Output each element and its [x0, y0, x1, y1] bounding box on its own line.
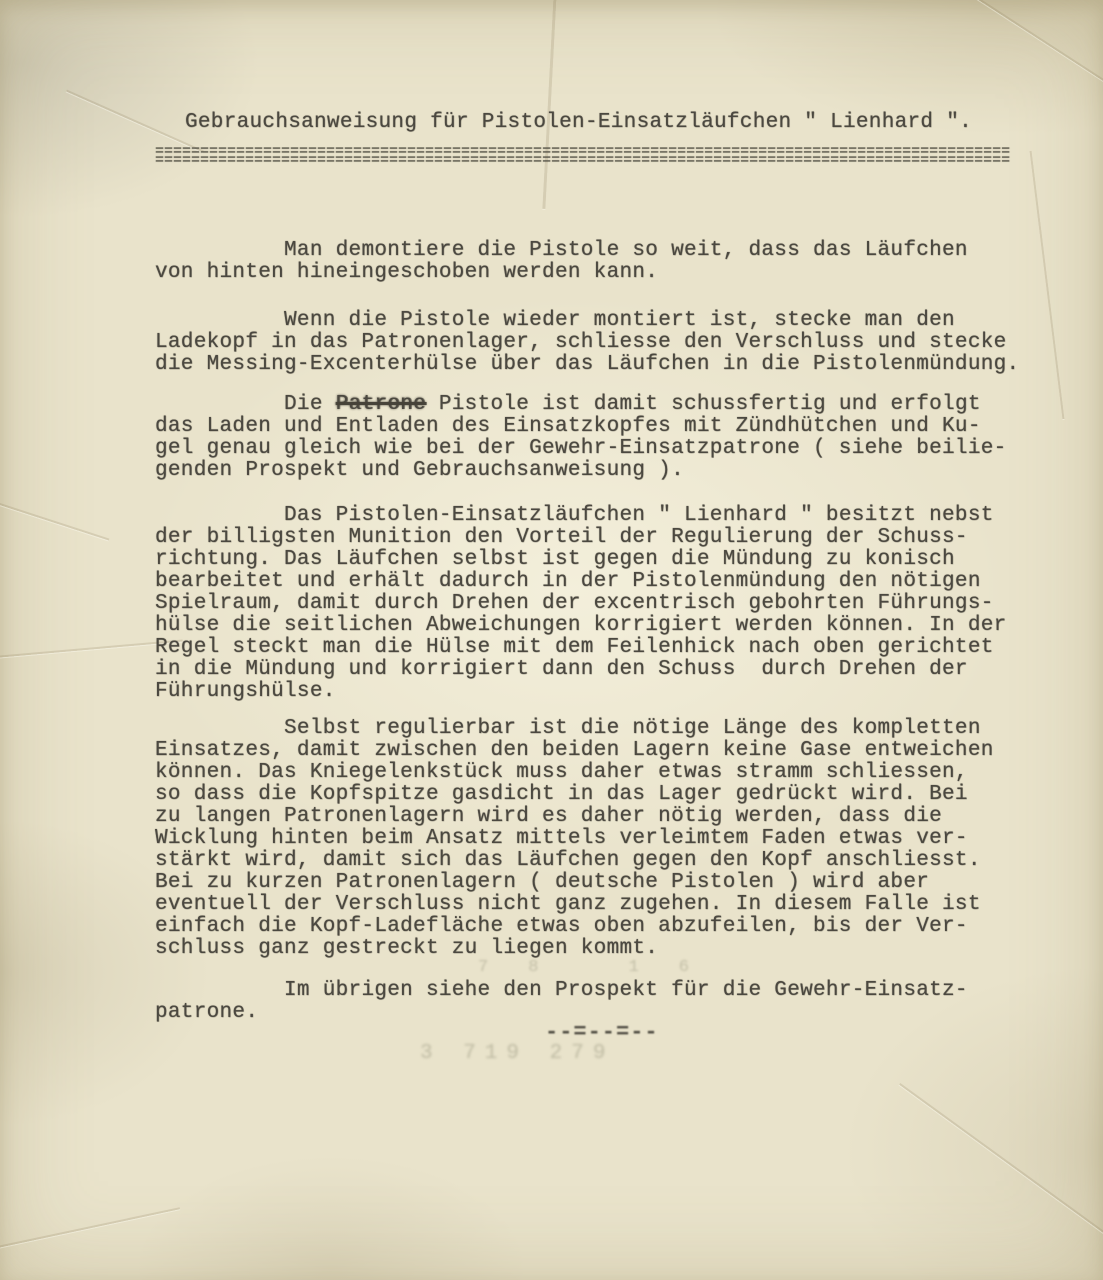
page-title: Gebrauchsanweisung für Pistolen-Einsatzl…	[185, 112, 1075, 134]
instruction-paragraph-4: Das Pistolen-Einsatzläufchen " Lienhard …	[155, 505, 1065, 703]
title-underline-rule: ========================================…	[155, 147, 1043, 169]
instruction-paragraph-5: Selbst regulierbar ist die nötige Länge …	[155, 718, 1065, 960]
paper-crease	[0, 1207, 180, 1251]
document-sheet: Gebrauchsanweisung für Pistolen-Einsatzl…	[0, 0, 1103, 1280]
instruction-paragraph-2: Wenn die Pistole wieder montiert ist, st…	[155, 310, 1065, 376]
bleed-through-marks: 78 16	[478, 958, 729, 977]
paragraph-3-prefix: Die	[155, 393, 336, 416]
paper-crease	[0, 502, 109, 541]
title-underline-row: ========================================…	[155, 156, 1043, 165]
ghost-number-imprint: 3 719 279	[420, 1042, 614, 1065]
paper-crease	[924, 0, 1103, 95]
paper-crease	[542, 0, 556, 209]
instruction-paragraph-1: Man demontiere die Pistole so weit, dass…	[155, 240, 1065, 284]
instruction-paragraph-6: Im übrigen siehe den Prospekt für die Ge…	[155, 980, 1065, 1024]
instruction-paragraph-3: Die Patrone Pistole ist damit schussfert…	[155, 394, 1065, 482]
paper-crease	[899, 1083, 1103, 1255]
title-underline-row: ========================================…	[155, 147, 1043, 156]
struck-out-word: Patrone	[336, 393, 426, 416]
paper-crease	[1030, 151, 1065, 419]
paper-crease	[66, 90, 204, 153]
